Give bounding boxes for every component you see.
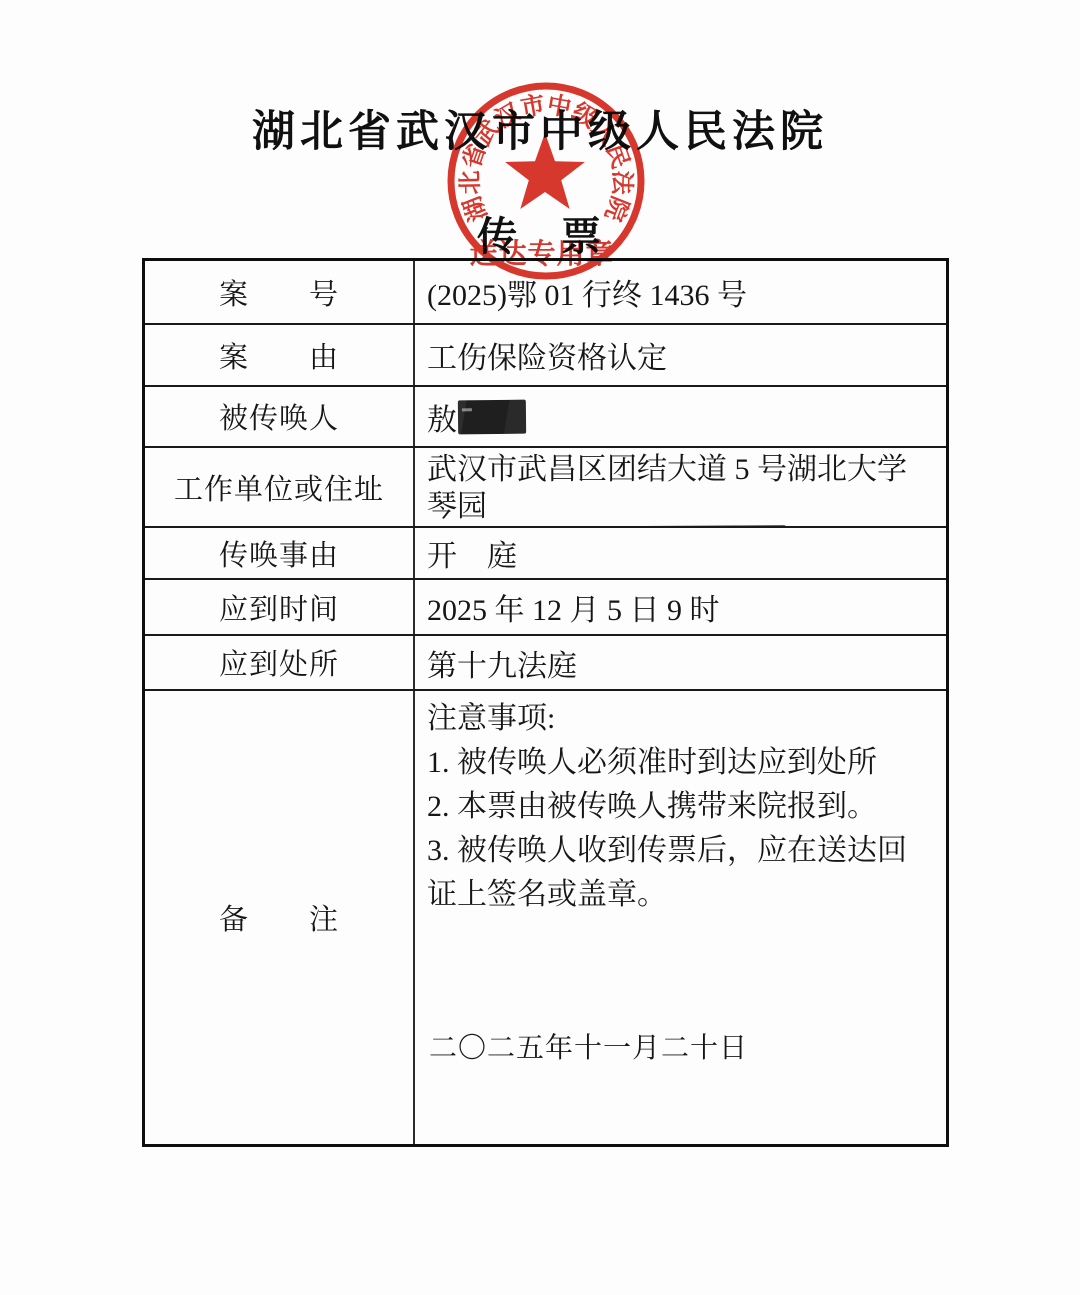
address-label: 工作单位或住址: [145, 448, 415, 526]
note-item-1: 1. 被传唤人必须准时到达应到处所: [427, 741, 934, 785]
notes-heading: 注意事项:: [427, 697, 934, 741]
note-item-3: 3. 被传唤人收到传票后，应在送达回证上签名或盖章。: [427, 829, 934, 917]
case-number-label: 案 号: [145, 261, 415, 323]
address-value: 武汉市武昌区团结大道 5 号湖北大学琴园 小区: [415, 448, 946, 526]
summons-reason-value: 开 庭: [415, 528, 946, 578]
summoned-person-value: 敖: [415, 387, 946, 446]
summoned-person-surname: 敖: [427, 395, 457, 439]
seal-star-icon: [505, 133, 585, 209]
cause-value: 工伤保险资格认定: [415, 325, 946, 385]
table-row-cause: 案 由 工伤保险资格认定: [145, 323, 946, 385]
court-seal: 湖北省武汉市中级人民法院 送达专用章: [440, 77, 652, 289]
cause-label: 案 由: [145, 325, 415, 385]
summons-document: 湖北省武汉市中级人民法院 传 票 案 号 (2025)鄂 01 行终 1436 …: [0, 0, 1080, 1295]
table-row-summons-reason: 传唤事由 开 庭: [145, 526, 946, 578]
table-row-appearance-place: 应到处所 第十九法庭: [145, 634, 946, 689]
appearance-time-label: 应到时间: [145, 580, 415, 634]
address-line-1: 武汉市武昌区团结大道 5 号湖北大学琴园: [427, 451, 936, 525]
summons-reason-label: 传唤事由: [145, 528, 415, 578]
summoned-person-label: 被传唤人: [145, 387, 415, 446]
appearance-place-label: 应到处所: [145, 636, 415, 689]
note-item-2: 2. 本票由被传唤人携带来院报到。: [427, 785, 934, 829]
remarks-value: 注意事项: 1. 被传唤人必须准时到达应到处所 2. 本票由被传唤人携带来院报到…: [415, 691, 946, 1144]
issue-date: 二〇二五年十一月二十日: [429, 1027, 748, 1071]
appearance-time-value: 2025 年 12 月 5 日 9 时: [415, 580, 946, 634]
redaction-box-name: [458, 399, 526, 434]
table-row-remarks: 备 注 注意事项: 1. 被传唤人必须准时到达应到处所 2. 本票由被传唤人携带…: [145, 689, 946, 1144]
appearance-place-value: 第十九法庭: [415, 636, 946, 689]
remarks-label: 备 注: [145, 691, 415, 1144]
summons-table: 案 号 (2025)鄂 01 行终 1436 号 案 由 工伤保险资格认定 被传…: [142, 258, 949, 1147]
table-row-address: 工作单位或住址 武汉市武昌区团结大道 5 号湖北大学琴园 小区: [145, 446, 946, 526]
table-row-appearance-time: 应到时间 2025 年 12 月 5 日 9 时: [145, 578, 946, 634]
seal-bottom-text: 送达专用章: [469, 237, 614, 270]
table-row-summoned-person: 被传唤人 敖: [145, 385, 946, 446]
